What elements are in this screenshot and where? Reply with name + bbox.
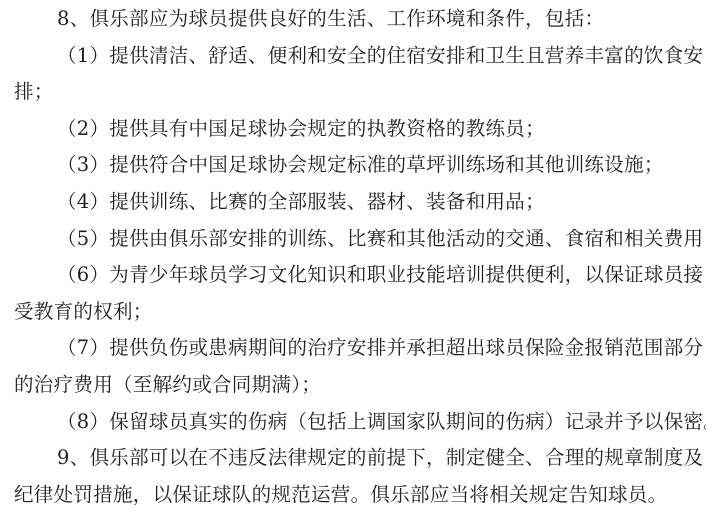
text-line-clause-8: 8、俱乐部应为球员提供良好的生活、工作环境和条件，包括： bbox=[14, 1, 706, 38]
text-line-item-6-cont: 受教育的权利； bbox=[14, 294, 706, 331]
text-line-item-5: （5）提供由俱乐部安排的训练、比赛和其他活动的交通、食宿和相关费用； bbox=[14, 221, 706, 258]
text-line-item-6: （6）为青少年球员学习文化知识和职业技能培训提供便利，以保证球员接 bbox=[14, 257, 706, 294]
text-line-item-1-cont: 排； bbox=[14, 74, 706, 111]
text-line-clause-9-cont: 纪律处罚措施，以保证球队的规范运营。俱乐部应当将相关规定告知球员。 bbox=[14, 477, 706, 514]
text-line-clause-9: 9、俱乐部可以在不违反法律规定的前提下，制定健全、合理的规章制度及 bbox=[14, 440, 706, 477]
text-line-item-1: （1）提供清洁、舒适、便利和安全的住宿安排和卫生且营养丰富的饮食安 bbox=[14, 38, 706, 75]
document-page: 8、俱乐部应为球员提供良好的生活、工作环境和条件，包括： （1）提供清洁、舒适、… bbox=[0, 0, 720, 524]
text-line-item-3: （3）提供符合中国足球协会规定标准的草坪训练场和其他训练设施； bbox=[14, 147, 706, 184]
text-line-item-2: （2）提供具有中国足球协会规定的执教资格的教练员； bbox=[14, 111, 706, 148]
text-line-item-7-cont: 的治疗费用（至解约或合同期满）； bbox=[14, 367, 706, 404]
text-line-item-7: （7）提供负伤或患病期间的治疗安排并承担超出球员保险金报销范围部分 bbox=[14, 330, 706, 367]
text-line-item-4: （4）提供训练、比赛的全部服装、器材、装备和用品； bbox=[14, 184, 706, 221]
text-line-item-8: （8）保留球员真实的伤病（包括上调国家队期间的伤病）记录并予以保密。 bbox=[14, 404, 706, 441]
